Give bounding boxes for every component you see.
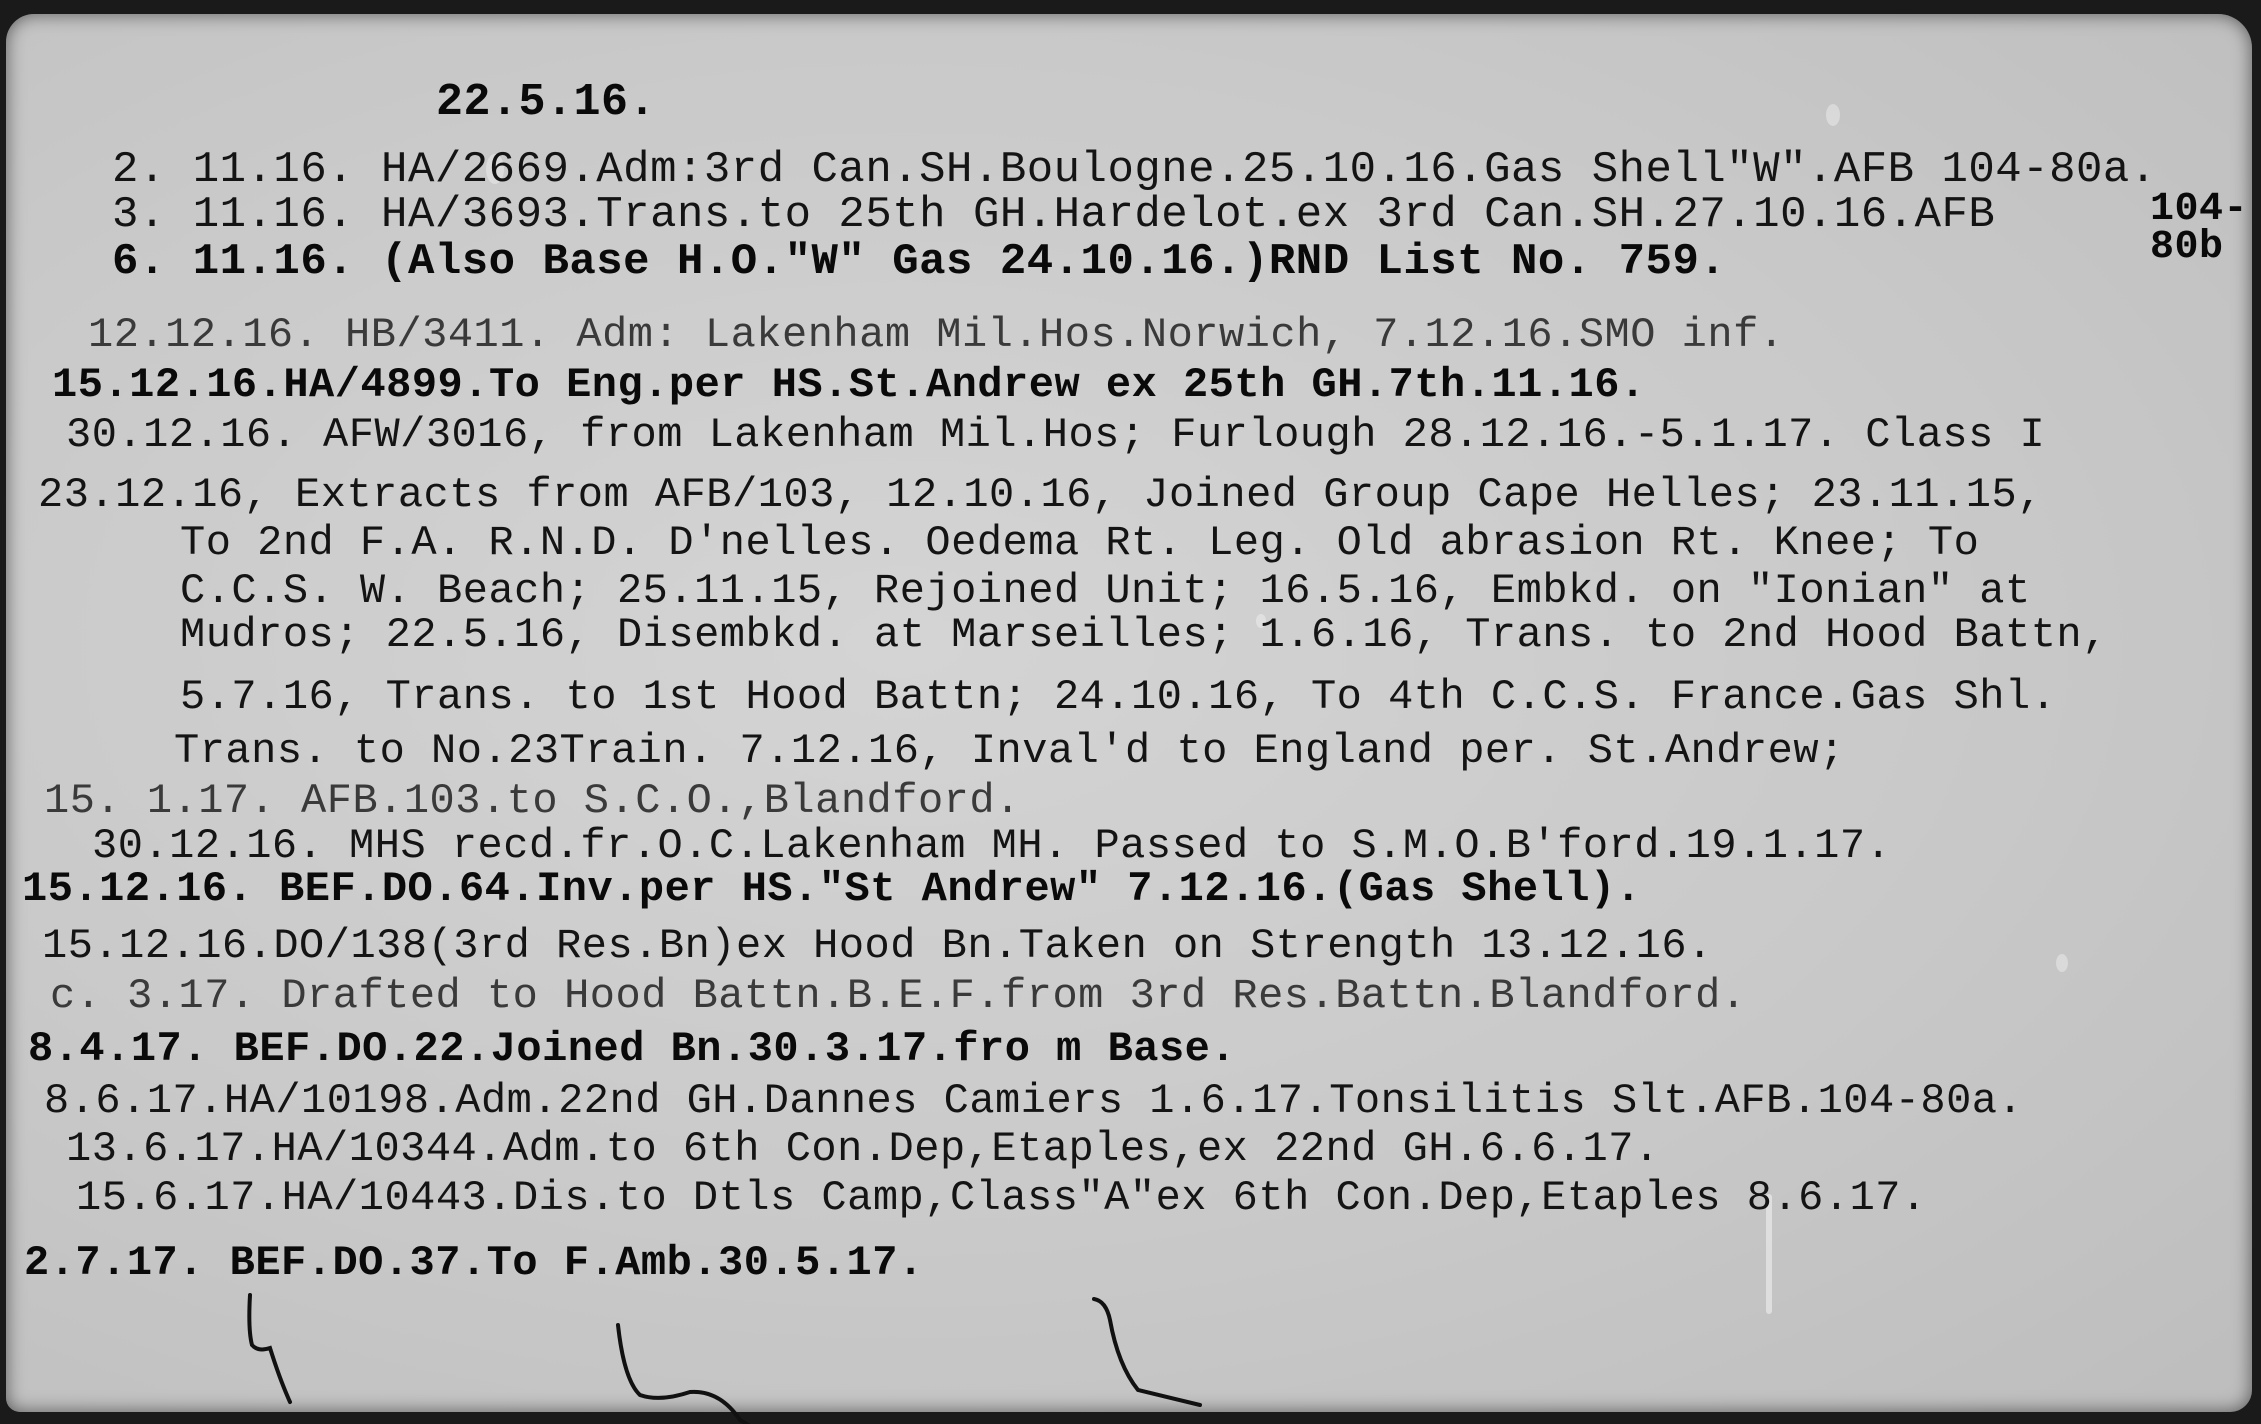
record-line: 15. 1.17. AFB.103.to S.C.O.,Blandford. (44, 780, 1021, 822)
record-line: 15.12.16.HA/4899.To Eng.per HS.St.Andrew… (52, 364, 1646, 406)
record-line: 2. 11.16. HA/2669.Adm:3rd Can.SH.Boulogn… (112, 148, 2157, 192)
record-line: c. 3.17. Drafted to Hood Battn.B.E.F.fro… (50, 975, 1746, 1017)
record-line: Trans. to No.23Train. 7.12.16, Inval'd t… (174, 730, 1845, 772)
record-line: 8.6.17.HA/10198.Adm.22nd GH.Dannes Camie… (44, 1080, 2023, 1122)
side-note-1: 104- (2150, 190, 2248, 230)
tick-mark-icon (1090, 1295, 1210, 1415)
record-line: 3. 11.16. HA/3693.Trans.to 25th GH.Harde… (112, 193, 1995, 237)
record-line: C.C.S. W. Beach; 25.11.15, Rejoined Unit… (180, 570, 2031, 612)
record-line: 15.6.17.HA/10443.Dis.to Dtls Camp,Class"… (76, 1177, 1927, 1219)
record-line: 2.7.17. BEF.DO.37.To F.Amb.30.5.17. (24, 1242, 924, 1284)
record-line: 12.12.16. HB/3411. Adm: Lakenham Mil.Hos… (88, 314, 1784, 356)
tick-mark-icon (240, 1290, 340, 1410)
record-line: 23.12.16, Extracts from AFB/103, 12.10.1… (38, 474, 2043, 516)
record-line: 8.4.17. BEF.DO.22.Joined Bn.30.3.17.fro … (28, 1028, 1236, 1070)
record-line: 6. 11.16. (Also Base H.O."W" Gas 24.10.1… (112, 240, 1726, 284)
record-line: 13.6.17.HA/10344.Adm.to 6th Con.Dep,Etap… (66, 1128, 1660, 1170)
side-note-2: 80b (2150, 228, 2224, 268)
record-line: 15.12.16.DO/138(3rd Res.Bn)ex Hood Bn.Ta… (42, 925, 1713, 967)
record-line: 30.12.16. AFW/3016, from Lakenham Mil.Ho… (66, 414, 2045, 456)
record-line: 30.12.16. MHS recd.fr.O.C.Lakenham MH. P… (92, 825, 1891, 867)
record-line: 5.7.16, Trans. to 1st Hood Battn; 24.10.… (180, 676, 2056, 718)
header-date: 22.5.16. (436, 80, 656, 125)
record-line: Mudros; 22.5.16, Disembkd. at Marseilles… (180, 614, 2108, 656)
record-line: To 2nd F.A. R.N.D. D'nelles. Oedema Rt. … (180, 522, 1979, 564)
record-line: 15.12.16. BEF.DO.64.Inv.per HS."St Andre… (22, 868, 1641, 910)
tick-mark-icon (610, 1320, 810, 1424)
